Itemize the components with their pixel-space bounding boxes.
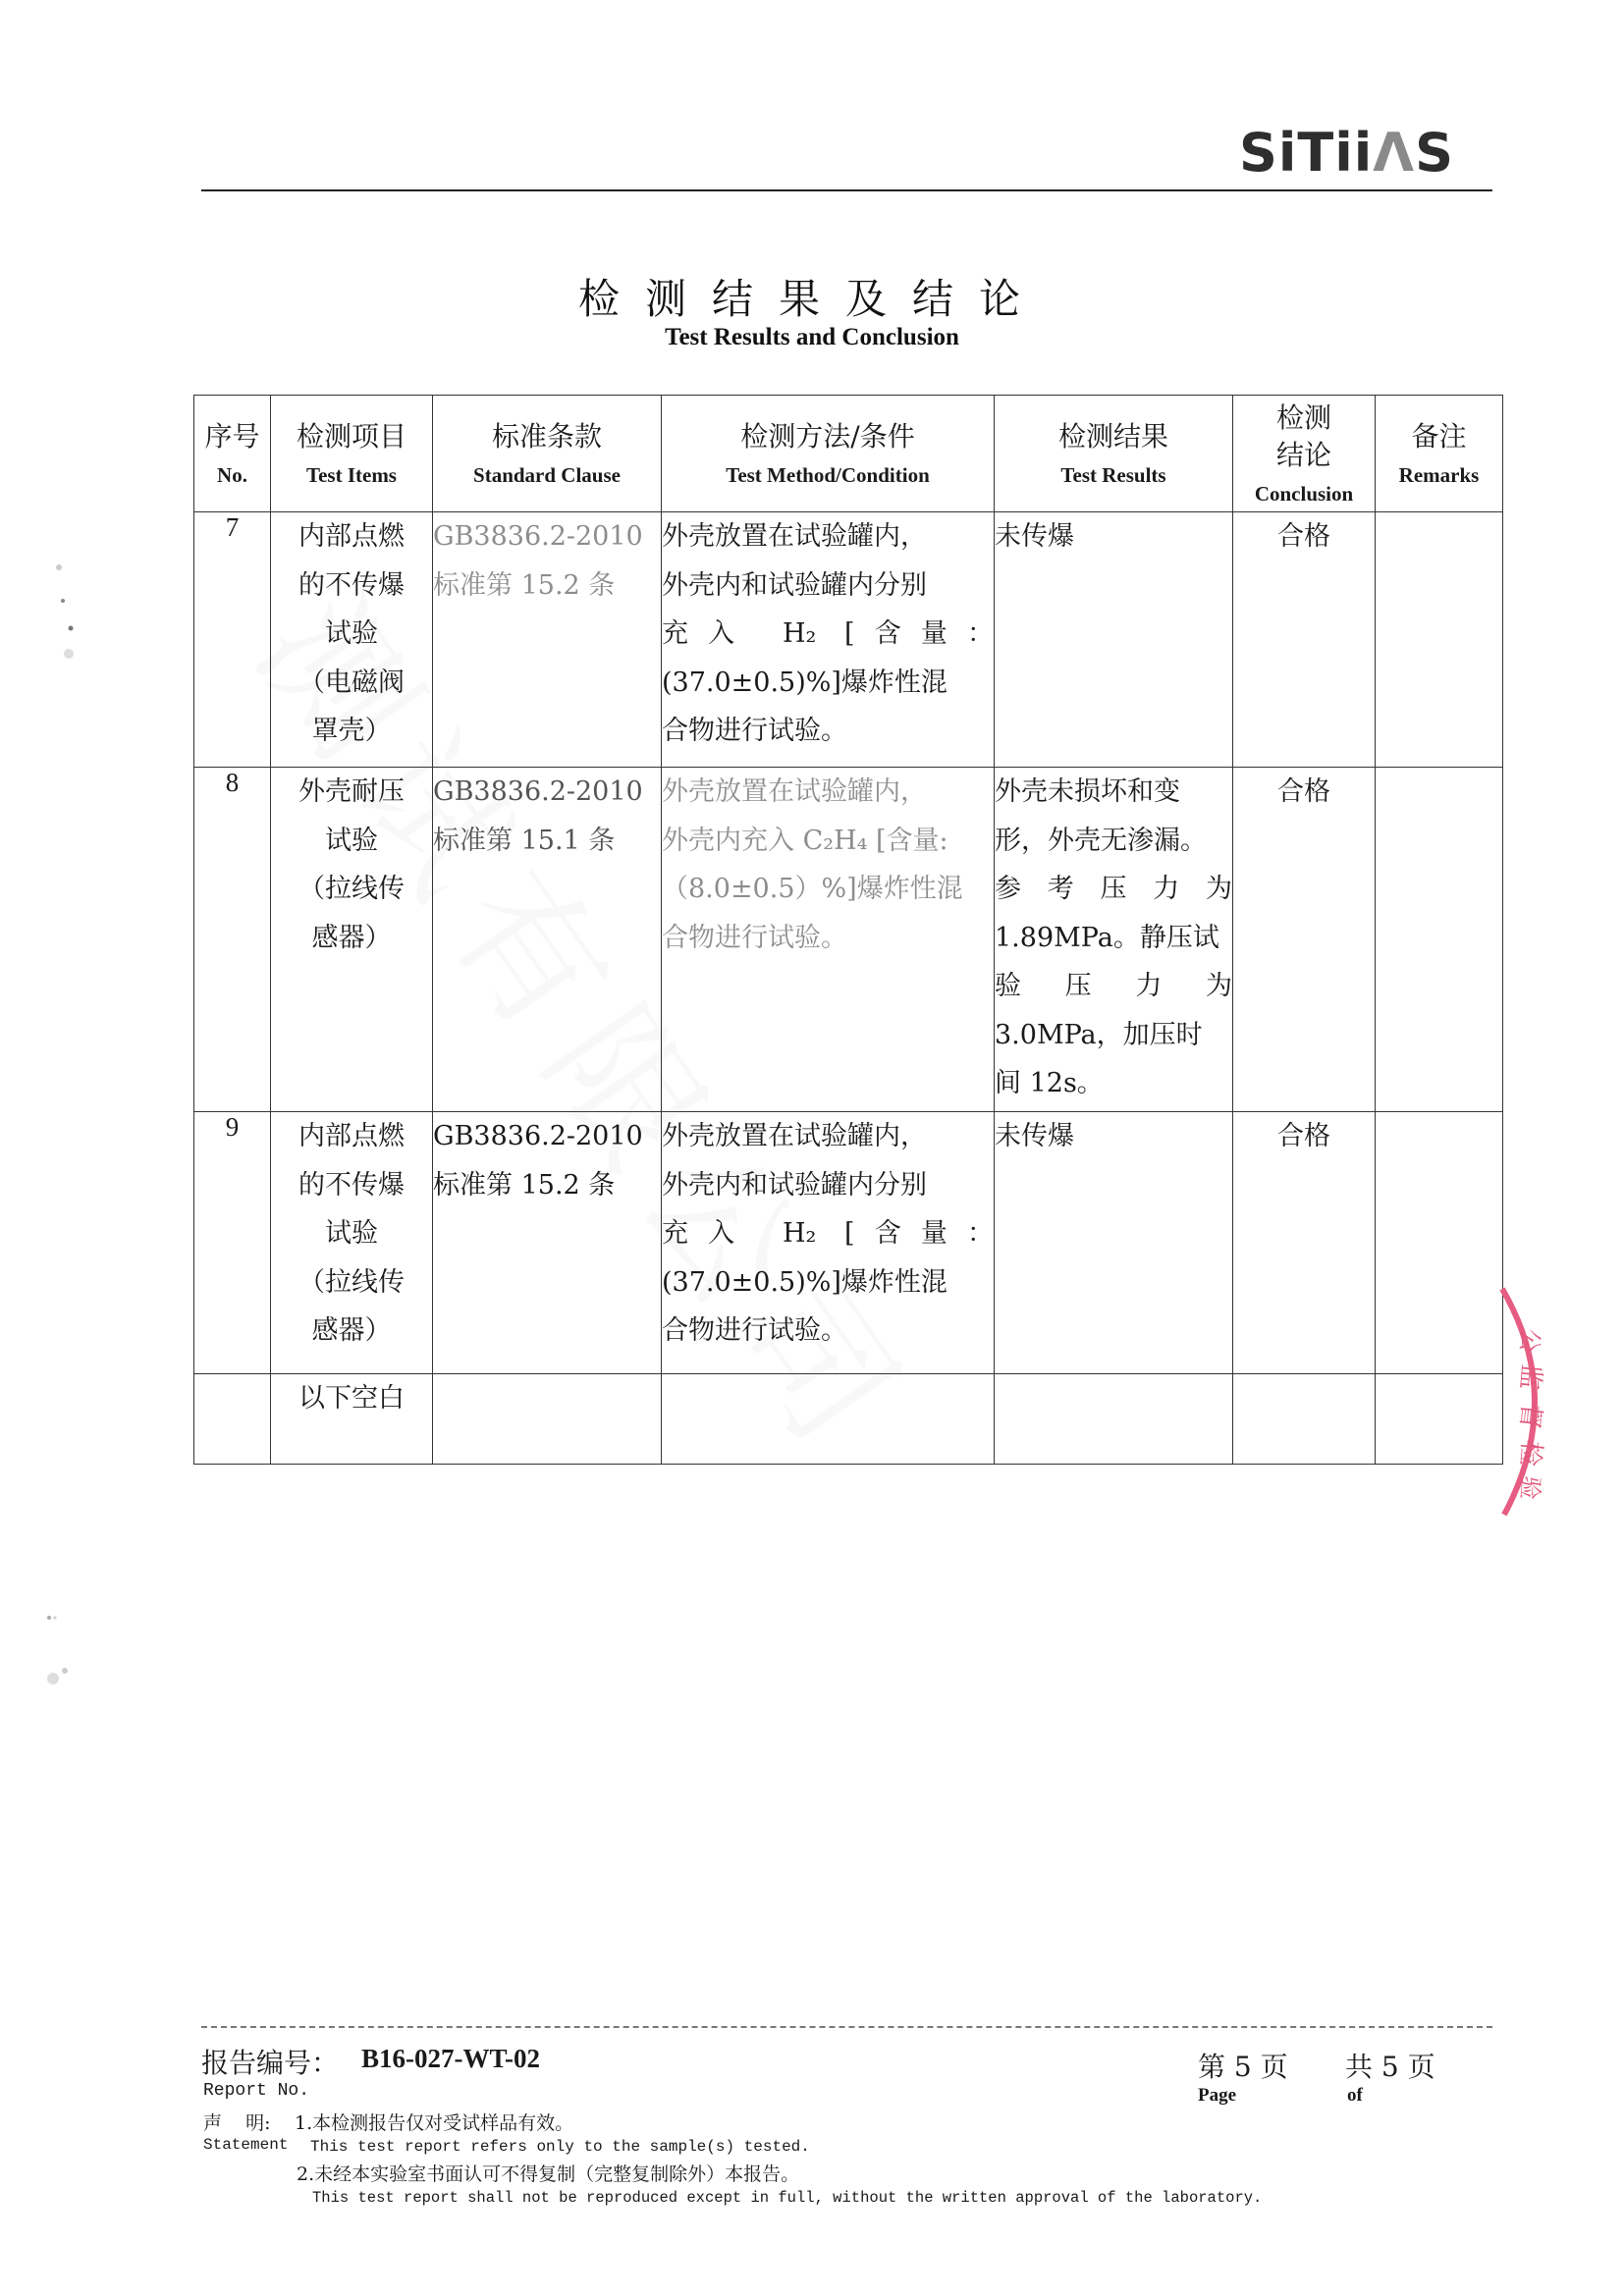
blank-below-note: 以下空白 [271, 1374, 433, 1465]
results-table: 序号 No. 检测项目 Test Items 标准条款 Standard Cla… [193, 395, 1503, 1465]
table-row: 7 内部点燃 的不传爆 试验 （电磁阀 罩壳） GB3836.2-2010 标准… [194, 512, 1503, 768]
standard-clause: GB3836.2-2010 标准第 15.1 条 [433, 768, 662, 1112]
official-seal-stamp: 公 监 督 检 验 [1492, 1281, 1591, 1522]
svg-text:督: 督 [1514, 1402, 1545, 1430]
test-item: 内部点燃 的不传爆 试验 （拉线传 感器） [271, 1112, 433, 1374]
row-number: 9 [194, 1112, 271, 1374]
test-item: 内部点燃 的不传爆 试验 （电磁阀 罩壳） [271, 512, 433, 768]
total-pages-label-en: of [1347, 2085, 1363, 2107]
page-title-en: Test Results and Conclusion [0, 324, 1624, 351]
total-pages: 共 5 页 [1345, 2046, 1435, 2085]
statement-2-en: This test report shall not be reproduced… [312, 2189, 1262, 2207]
scan-artifact [29, 1610, 79, 1718]
test-result: 外壳未损坏和变 形，外壳无渗漏。 参考压力为 1.89MPa。静压试 验压力为 … [995, 768, 1233, 1112]
header-divider [201, 189, 1492, 191]
test-result: 未传爆 [995, 1112, 1233, 1374]
remarks [1376, 1112, 1503, 1374]
column-header-remarks: 备注 Remarks [1376, 396, 1503, 512]
table-header-row: 序号 No. 检测项目 Test Items 标准条款 Standard Cla… [194, 396, 1503, 512]
scan-artifact [49, 560, 88, 677]
svg-text:验: 验 [1515, 1475, 1544, 1501]
standard-clause: GB3836.2-2010 标准第 15.2 条 [433, 1112, 662, 1374]
conclusion [1233, 1374, 1376, 1465]
remarks [1376, 1374, 1503, 1465]
conclusion: 合格 [1233, 768, 1376, 1112]
test-method: 外壳放置在试验罐内， 外壳内和试验罐内分别 充入 H₂ [含量： (37.0±0… [662, 1112, 995, 1374]
svg-text:公: 公 [1515, 1328, 1544, 1354]
svg-text:检: 检 [1514, 1439, 1545, 1468]
logo-text: SiTiiΛS [1239, 122, 1454, 184]
remarks [1376, 512, 1503, 768]
column-header-test-results: 检测结果 Test Results [995, 396, 1233, 512]
page-number: 第 5 页 [1198, 2046, 1288, 2085]
conclusion: 合格 [1233, 512, 1376, 768]
column-header-test-items: 检测项目 Test Items [271, 396, 433, 512]
table-row: 9 内部点燃 的不传爆 试验 （拉线传 感器） GB3836.2-2010 标准… [194, 1112, 1503, 1374]
column-header-no: 序号 No. [194, 396, 271, 512]
remarks [1376, 768, 1503, 1112]
statement-1-en: This test report refers only to the samp… [310, 2138, 810, 2156]
report-no-label-en: Report No. [203, 2081, 309, 2101]
conclusion: 合格 [1233, 1112, 1376, 1374]
column-header-conclusion: 检测 结论 Conclusion [1233, 396, 1376, 512]
row-number: 7 [194, 512, 271, 768]
row-number [194, 1374, 271, 1465]
page-label-en: Page [1198, 2085, 1236, 2107]
statement-1-cn: 1.本检测报告仅对受试样品有效。 [295, 2109, 573, 2135]
test-result [995, 1374, 1233, 1465]
svg-text:监: 监 [1514, 1362, 1545, 1391]
standard-clause: GB3836.2-2010 标准第 15.2 条 [433, 512, 662, 768]
standard-clause [433, 1374, 662, 1465]
test-method: 外壳放置在试验罐内， 外壳内充入 C₂H₄ [含量: （8.0±0.5）%]爆炸… [662, 768, 995, 1112]
page-title-cn: 检测结果及结论 [0, 267, 1624, 326]
table-row-blank: 以下空白 [194, 1374, 1503, 1465]
statement-2-cn: 2.未经本实验室书面认可不得复制（完整复制除外）本报告。 [297, 2160, 799, 2186]
statement-label: 声 明: [203, 2109, 271, 2135]
table-row: 8 外壳耐压 试验 （拉线传 感器） GB3836.2-2010 标准第 15.… [194, 768, 1503, 1112]
statement-label-en: Statement [203, 2136, 288, 2154]
test-method: 外壳放置在试验罐内， 外壳内和试验罐内分别 充入 H₂ [含量： (37.0±0… [662, 512, 995, 768]
report-no-value: B16-027-WT-02 [361, 2044, 540, 2074]
row-number: 8 [194, 768, 271, 1112]
column-header-test-method: 检测方法/条件 Test Method/Condition [662, 396, 995, 512]
report-no-label: 报告编号： [201, 2042, 339, 2081]
test-method [662, 1374, 995, 1465]
company-logo: SiTiiΛS [1239, 118, 1485, 187]
test-item: 外壳耐压 试验 （拉线传 感器） [271, 768, 433, 1112]
column-header-standard-clause: 标准条款 Standard Clause [433, 396, 662, 512]
test-result: 未传爆 [995, 512, 1233, 768]
footer-divider [201, 2026, 1492, 2028]
